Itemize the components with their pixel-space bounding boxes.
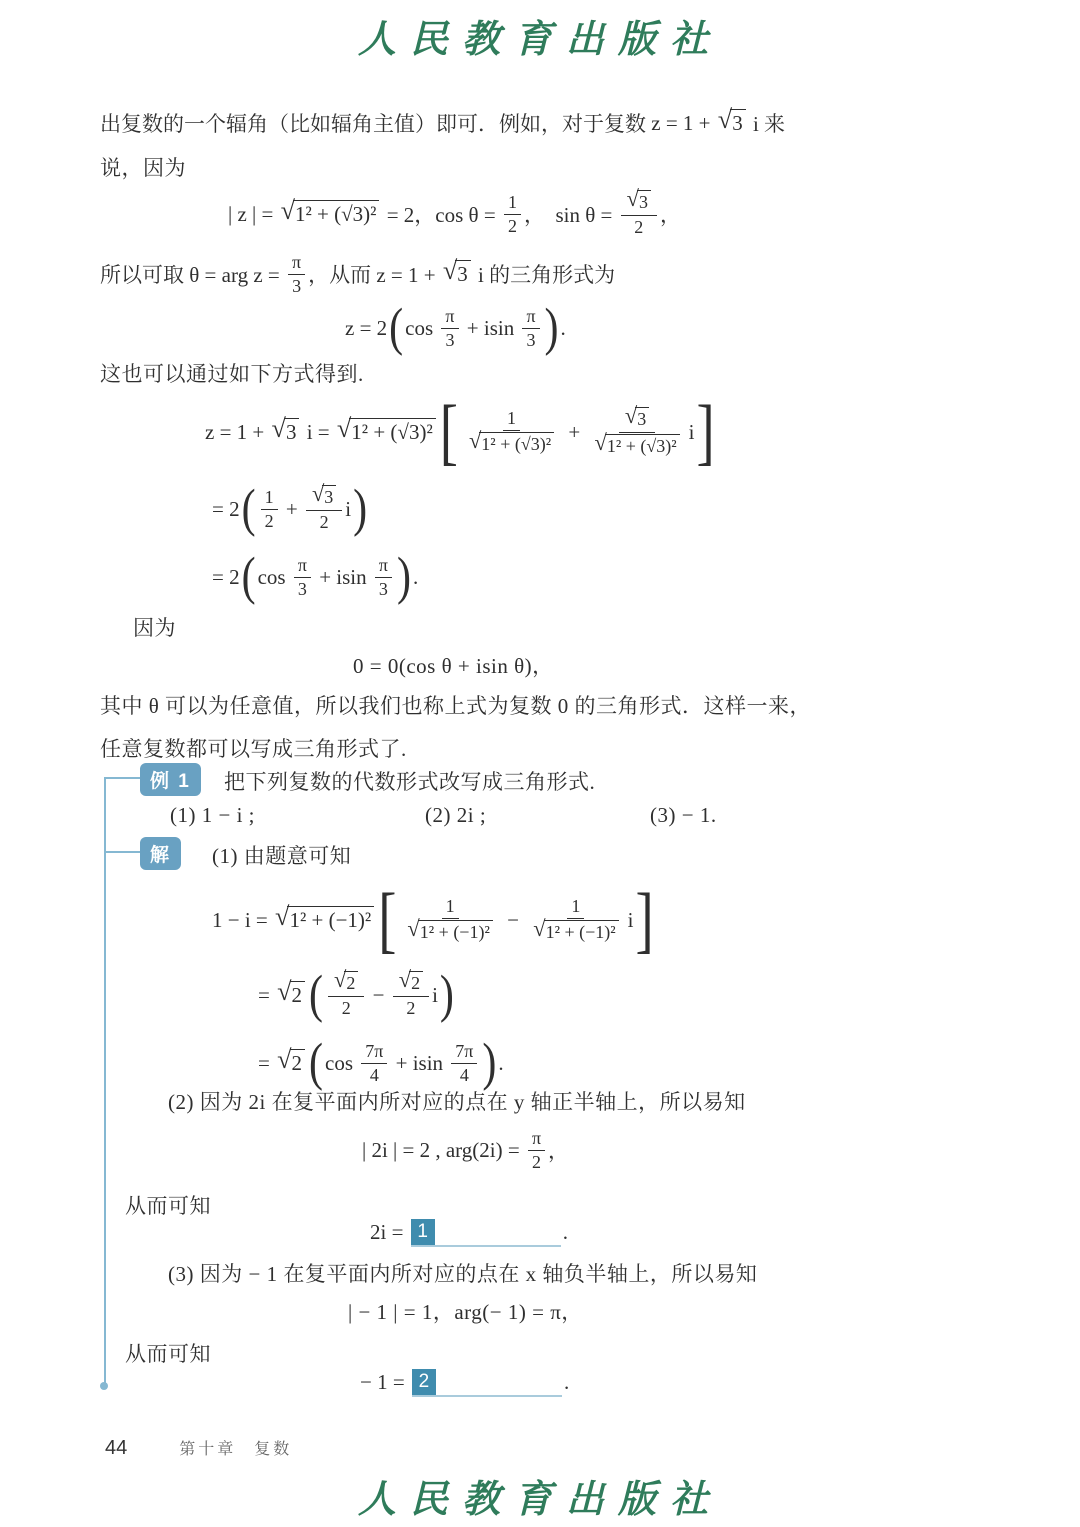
math-text: | 2i | = 2 , arg(2i) = — [362, 1138, 525, 1163]
numerator: √3 — [619, 407, 655, 433]
denominator: √1² + (√3)² — [588, 433, 685, 458]
fraction: √22 — [328, 971, 364, 1018]
example-badge: 例 1 — [140, 763, 201, 796]
fraction: 1√1² + (−1)² — [401, 896, 498, 943]
sqrt-radical: √3 — [627, 190, 651, 214]
left-bracket: [ — [378, 883, 396, 957]
body-text: 任意复数都可以写成三角形式了. — [100, 733, 407, 763]
numerator: 7π — [361, 1041, 387, 1064]
body-text: 其中 θ 可以为任意值，所以我们也称上式为复数 0 的三角形式．这样一来， — [100, 690, 811, 720]
denominator: √1² + (−1)² — [401, 919, 498, 944]
denominator: 3 — [523, 329, 540, 351]
formula-modulus: | z | = √1² + (√3)² = 2，cos θ = 12 ， sin… — [228, 186, 681, 242]
denominator: 4 — [456, 1064, 473, 1086]
numerator: π — [522, 306, 539, 329]
math-text: 2i = — [370, 1220, 409, 1245]
sqrt-radical: √1² + (√3)² — [337, 418, 436, 445]
right-paren: ) — [482, 1037, 496, 1090]
fill-blank-1: 2i = 1 . — [370, 1216, 568, 1248]
denominator: 2 — [528, 1151, 545, 1173]
right-paren: ) — [545, 302, 559, 355]
radical-sign-icon: √ — [312, 483, 324, 506]
left-paren: ( — [389, 302, 403, 355]
math-text: − — [367, 983, 389, 1008]
right-bracket: ] — [696, 395, 714, 469]
math-text: = 2，cos θ = — [381, 199, 501, 229]
left-paren: ( — [309, 969, 323, 1022]
math-text: + isin — [314, 565, 372, 590]
fraction: π3 — [441, 306, 458, 350]
formula-sol1-step1: 1 − i = √1² + (−1)² [ 1√1² + (−1)² − 1√1… — [212, 878, 656, 962]
right-paren: ) — [353, 483, 367, 536]
math-text: ， sin θ = — [524, 199, 618, 229]
radicand: 2 — [344, 971, 358, 995]
numerator: 1 — [503, 408, 520, 431]
radical-sign-icon: √ — [407, 918, 419, 941]
page-footer: 44 第十章 复数 — [105, 1436, 292, 1460]
radical-sign-icon: √ — [718, 107, 732, 133]
example-item-2: (2) 2i ; — [425, 803, 486, 828]
sol2-text: (2) 因为 2i 在复平面内所对应的点在 y 轴正半轴上，所以易知 — [168, 1086, 746, 1116]
radicand: 2 — [290, 1049, 306, 1076]
fraction: √3√1² + (√3)² — [588, 407, 685, 457]
math-text: i 来 — [748, 108, 785, 138]
denominator: 2 — [630, 216, 647, 238]
denominator: 2 — [402, 997, 419, 1019]
radical-sign-icon: √ — [275, 904, 289, 930]
sqrt-radical: √1² + (√3)² — [594, 434, 679, 458]
math-text: i = — [301, 420, 334, 445]
radical-sign-icon: √ — [625, 405, 637, 428]
formula-sol1-step3: = √2 ( cos 7π4 + isin 7π4 ) . — [258, 1032, 504, 1094]
math-text: = — [258, 1051, 275, 1076]
math-text: . — [498, 1051, 503, 1076]
solve-intro: (1) 由题意可知 — [212, 840, 351, 870]
publisher-logo-bottom: 人民教育出版社 — [0, 1468, 1080, 1523]
radicand: 1² + (−1)² — [418, 920, 493, 944]
radical-sign-icon: √ — [281, 198, 295, 224]
denominator: 3 — [375, 578, 392, 600]
formula-sol2: | 2i | = 2 , arg(2i) = π2 ， — [362, 1122, 569, 1178]
body-text: 所以可取 θ = arg z = — [100, 259, 285, 289]
fraction: 1√1² + (−1)² — [527, 896, 624, 943]
radicand: 1² + (√3)² — [293, 200, 379, 227]
chapter-label: 第十章 — [179, 1436, 236, 1459]
chapter-title: 复数 — [254, 1436, 292, 1459]
math-text: i — [432, 983, 438, 1008]
publisher-logo-top: 人民教育出版社 — [0, 8, 1080, 63]
left-paren: ( — [242, 551, 256, 604]
left-bracket: [ — [440, 395, 458, 469]
radicand: 1² + (√3)² — [605, 434, 680, 458]
radicand: 1² + (√3)² — [479, 432, 554, 456]
sqrt-radical: √3 — [718, 109, 746, 136]
radical-sign-icon: √ — [272, 416, 286, 442]
numerator: π — [375, 555, 392, 578]
fraction: π3 — [375, 555, 392, 599]
sqrt-radical: √1² + (−1)² — [533, 920, 618, 944]
fraction: √32 — [306, 485, 342, 532]
radicand: 2 — [409, 971, 423, 995]
example-title: 把下列复数的代数形式改写成三角形式. — [224, 766, 595, 796]
sqrt-radical: √1² + (−1)² — [407, 920, 492, 944]
sqrt-radical: √3 — [312, 485, 336, 509]
sqrt-radical: √1² + (−1)² — [275, 906, 374, 933]
math-text: i — [689, 420, 695, 445]
denominator: 2 — [338, 997, 355, 1019]
example-item-1: (1) 1 − i ; — [170, 803, 255, 828]
radicand: 1² + (−1)² — [544, 920, 619, 944]
formula-step-2: = 2 ( 12 + √32 i ) — [212, 478, 369, 540]
answer-blank: 1 — [411, 1217, 561, 1247]
radicand: 1² + (√3)² — [349, 418, 435, 445]
radical-sign-icon: √ — [627, 188, 639, 211]
denominator: 3 — [294, 578, 311, 600]
radicand: 3 — [284, 418, 300, 445]
numerator: π — [528, 1128, 545, 1151]
denominator: 2 — [316, 511, 333, 533]
numerator: √2 — [393, 971, 429, 997]
radical-sign-icon: √ — [594, 432, 606, 455]
fill-blank-2: − 1 = 2 . — [360, 1366, 569, 1398]
numerator: 1 — [261, 487, 278, 510]
example-item-3: (3) − 1. — [650, 803, 717, 828]
solve-guide-connector — [104, 851, 140, 853]
because-text: 因为 — [133, 612, 176, 642]
math-text: ， — [548, 1135, 569, 1165]
fraction: √22 — [393, 971, 429, 1018]
right-bracket: ] — [636, 883, 654, 957]
fraction: π3 — [288, 252, 305, 296]
denominator: 2 — [504, 215, 521, 237]
numerator: π — [288, 252, 305, 275]
fraction: π2 — [528, 1128, 545, 1172]
sqrt-radical: √1² + (√3)² — [281, 200, 380, 227]
sqrt-radical: √1² + (√3)² — [469, 432, 554, 456]
fraction: 12 — [261, 487, 278, 531]
fraction: π3 — [522, 306, 539, 350]
math-text: . — [561, 316, 566, 341]
radicand: 3 — [730, 109, 746, 136]
math-text: | z | = — [228, 202, 279, 227]
radicand: 3 — [322, 485, 336, 509]
math-text: = 2 — [212, 565, 240, 590]
math-text: + — [563, 420, 585, 445]
math-text: . — [413, 565, 418, 590]
blank-number-badge: 2 — [412, 1369, 436, 1395]
sqrt-radical: √3 — [625, 407, 649, 431]
formula-trig-form: z = 2 ( cos π3 + isin π3 ) . — [345, 300, 566, 356]
math-text: − 1 = — [360, 1370, 410, 1395]
denominator: 2 — [261, 510, 278, 532]
numerator: π — [441, 306, 458, 329]
blank-number-badge: 1 — [411, 1219, 435, 1245]
example-guide-line — [104, 777, 106, 1386]
body-text: i 的三角形式为 — [473, 259, 615, 289]
math-text: − — [502, 908, 524, 933]
radicand: 1² + (−1)² — [287, 906, 374, 933]
intro-line-1: 出复数的一个辐角（比如辐角主值）即可．例如，对于复数 z = 1 + √3 i … — [100, 108, 785, 138]
math-text: z = 2 — [345, 316, 387, 341]
formula-step-3: = 2 ( cos π3 + isin π3 ) . — [212, 546, 418, 608]
numerator: √3 — [306, 485, 342, 511]
math-text: ， — [660, 199, 681, 229]
sqrt-radical: √2 — [334, 971, 358, 995]
numerator: √3 — [621, 190, 657, 216]
left-paren: ( — [309, 1037, 323, 1090]
fraction: 7π4 — [361, 1041, 387, 1085]
radical-sign-icon: √ — [334, 969, 346, 992]
guide-end-dot — [100, 1382, 108, 1390]
sqrt-radical: √2 — [277, 1049, 305, 1076]
textbook-page: 人民教育出版社 出复数的一个辐角（比如辐角主值）即可．例如，对于复数 z = 1… — [0, 0, 1080, 1527]
argument-line: 所以可取 θ = arg z = π3 ，从而 z = 1 + √3 i 的三角… — [100, 246, 615, 302]
denominator: √1² + (−1)² — [527, 919, 624, 944]
numerator: 1 — [504, 192, 521, 215]
denominator: 4 — [366, 1064, 383, 1086]
example-guide-connector — [104, 777, 140, 779]
math-text: cos — [258, 565, 291, 590]
right-paren: ) — [440, 969, 454, 1022]
radical-sign-icon: √ — [277, 979, 291, 1005]
radical-sign-icon: √ — [277, 1047, 291, 1073]
intro-text: 出复数的一个辐角（比如辐角主值）即可．例如，对于复数 — [100, 108, 651, 138]
thus-text: 从而可知 — [125, 1190, 211, 1220]
sqrt-radical: √3 — [443, 260, 471, 287]
math-text: . — [563, 1220, 568, 1245]
radical-sign-icon: √ — [443, 258, 457, 284]
denominator: √1² + (√3)² — [463, 431, 560, 456]
fraction: 1√1² + (√3)² — [463, 408, 560, 455]
radical-sign-icon: √ — [469, 430, 481, 453]
radical-sign-icon: √ — [337, 416, 351, 442]
page-number: 44 — [105, 1437, 127, 1460]
math-text: 1 − i = — [212, 908, 273, 933]
math-text: + — [281, 497, 303, 522]
sol3-text: (3) 因为 − 1 在复平面内所对应的点在 x 轴负半轴上，所以易知 — [168, 1258, 757, 1288]
numerator: 1 — [567, 896, 584, 919]
fraction: 12 — [504, 192, 521, 236]
sqrt-radical: √2 — [277, 981, 305, 1008]
numerator: 1 — [442, 896, 459, 919]
math-text: z = 1 + — [205, 420, 270, 445]
math-text: cos — [405, 316, 438, 341]
sqrt-radical: √2 — [399, 971, 423, 995]
transition-text: 这也可以通过如下方式得到. — [100, 358, 364, 388]
radicand: 2 — [290, 981, 306, 1008]
fraction: √32 — [621, 190, 657, 237]
numerator: π — [294, 555, 311, 578]
math-text: + isin — [390, 1051, 448, 1076]
math-text: = — [258, 983, 275, 1008]
math-text: i — [628, 908, 634, 933]
denominator: 3 — [288, 275, 305, 297]
answer-blank: 2 — [412, 1367, 562, 1397]
thus-text: 从而可知 — [125, 1338, 211, 1368]
math-text: . — [564, 1370, 569, 1395]
math-text: z = 1 + — [651, 111, 716, 136]
numerator: 7π — [451, 1041, 477, 1064]
body-text: ，从而 z = 1 + — [308, 259, 441, 289]
math-text: = 2 — [212, 497, 240, 522]
numerator: √2 — [328, 971, 364, 997]
solve-badge: 解 — [140, 837, 181, 870]
right-paren: ) — [397, 551, 411, 604]
radical-sign-icon: √ — [533, 918, 545, 941]
formula-sol3: | − 1 | = 1，arg(− 1) = π， — [348, 1296, 583, 1326]
intro-line-2: 说，因为 — [100, 152, 186, 182]
radical-sign-icon: √ — [399, 969, 411, 992]
left-paren: ( — [242, 483, 256, 536]
fraction: π3 — [294, 555, 311, 599]
formula-sol1-step2: = √2 ( √22 − √22 i ) — [258, 964, 456, 1026]
formula-derivation: z = 1 + √3 i = √1² + (√3)² [ 1√1² + (√3)… — [205, 390, 717, 474]
radicand: 3 — [635, 407, 649, 431]
math-text: i — [345, 497, 351, 522]
formula-zero: 0 = 0(cos θ + isin θ)， — [353, 650, 554, 680]
math-text: cos — [325, 1051, 358, 1076]
radicand: 3 — [455, 260, 471, 287]
fraction: 7π4 — [451, 1041, 477, 1085]
math-text: + isin — [462, 316, 520, 341]
denominator: 3 — [441, 329, 458, 351]
radicand: 3 — [637, 190, 651, 214]
sqrt-radical: √3 — [272, 418, 300, 445]
